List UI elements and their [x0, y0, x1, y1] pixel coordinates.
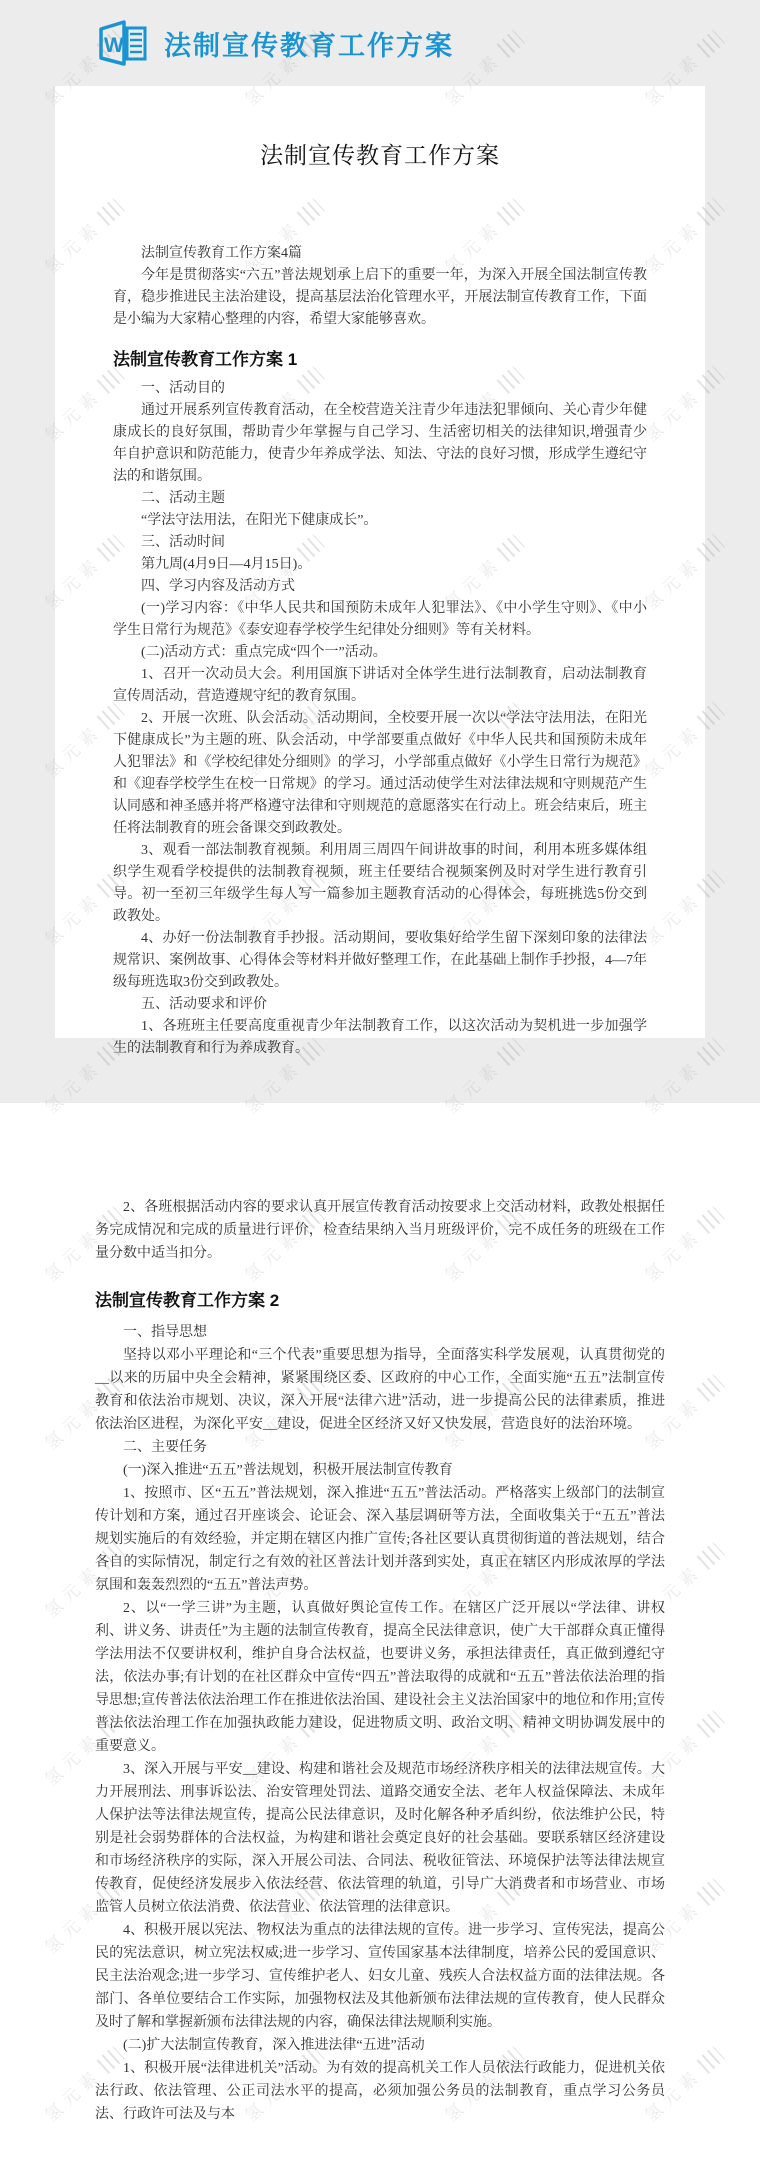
- svg-text:W: W: [104, 34, 124, 57]
- body-paragraph: 一、活动目的: [113, 378, 647, 400]
- body-paragraph: 3、观看一部法制教育视频。利用周三周四午间讲故事的时间，利用本班多媒体组织学生观…: [113, 840, 647, 928]
- body-paragraph: 4、积极开展以宪法、物权法为重点的法律法规的宣传。进一步学习、宣传宪法，提高公民…: [95, 1919, 665, 2034]
- body-paragraph: 4、办好一份法制教育手抄报。活动期间，要收集好给学生留下深刻印象的法律法规常识、…: [113, 928, 647, 994]
- body-paragraph: 1、召开一次动员大会。利用国旗下讲话对全体学生进行法制教育，启动法制教育宣传周活…: [113, 664, 647, 708]
- document-title: 法制宣传教育工作方案: [113, 140, 647, 171]
- body-paragraph: 2、开展一次班、队会活动。活动期间，全校要开展一次以“学法守法用法，在阳光下健康…: [113, 708, 647, 840]
- body-paragraph: 二、主要任务: [95, 1436, 665, 1459]
- body-paragraph: 第九周(4月9日—4月15日)。: [113, 554, 647, 576]
- body-paragraph: (一)学习内容：《中华人民共和国预防未成年人犯罪法》、《中小学生守则》、《中小学…: [113, 598, 647, 642]
- document-page-1: 法制宣传教育工作方案 法制宣传教育工作方案4篇 今年是贯彻落实“六五”普法规划承…: [55, 86, 705, 1038]
- watermark-hatch-icon: [696, 1037, 724, 1065]
- word-doc-icon[interactable]: W: [96, 19, 150, 67]
- body-paragraph: 五、活动要求和评价: [113, 994, 647, 1016]
- site-header: W 法制宣传教育工作方案: [0, 0, 760, 86]
- document-page-2: 2、各班根据活动内容的要求认真开展宣传教育活动按要求上交活动材料，政教处根据任务…: [0, 1103, 760, 2178]
- site-title[interactable]: 法制宣传教育工作方案: [164, 24, 454, 63]
- body-paragraph: 坚持以邓小平理论和“三个代表”重要思想为指导，全面落实科学发展观，认真贯彻党的_…: [95, 1344, 665, 1436]
- body-paragraph: “学法守法用法，在阳光下健康成长”。: [113, 510, 647, 532]
- intro-paragraph: 今年是贯彻落实“六五”普法规划承上启下的重要一年，为深入开展全国法制宣传教育，稳…: [113, 265, 647, 331]
- body-paragraph: 1、各班班主任要高度重视青少年法制教育工作，以这次活动为契机进一步加强学生的法制…: [113, 1016, 647, 1060]
- body-paragraph: 三、活动时间: [113, 532, 647, 554]
- body-paragraph: 一、指导思想: [95, 1321, 665, 1344]
- body-paragraph: 二、活动主题: [113, 488, 647, 510]
- body-paragraph: (一)深入推进“五五”普法规划，积极开展法制宣传教育: [95, 1459, 665, 1482]
- body-paragraph: (二)扩大法制宣传教育，深入推进法律“五进”活动: [95, 2034, 665, 2057]
- body-paragraph: 1、积极开展“法律进机关”活动。为有效的提高机关工作人员依法行政能力，促进机关依…: [95, 2057, 665, 2126]
- section-1-heading: 法制宣传教育工作方案 1: [113, 348, 647, 372]
- section-2-heading: 法制宣传教育工作方案 2: [95, 1289, 665, 1313]
- section-1-body: 一、活动目的 通过开展系列宣传教育活动，在全校营造关注青少年违法犯罪倾向、关心青…: [113, 378, 647, 1060]
- body-paragraph: 2、以“一学三讲”为主题，认真做好舆论宣传工作。在辖区广泛开展以“学法律、讲权利…: [95, 1597, 665, 1758]
- body-paragraph: 1、按照市、区“五五”普法规划，深入推进“五五”普法活动。严格落实上级部门的法制…: [95, 1482, 665, 1597]
- continuation-paragraph: 2、各班根据活动内容的要求认真开展宣传教育活动按要求上交活动材料，政教处根据任务…: [95, 1196, 665, 1265]
- document-subtitle: 法制宣传教育工作方案4篇: [113, 243, 647, 265]
- section-2-body: 一、指导思想 坚持以邓小平理论和“三个代表”重要思想为指导，全面落实科学发展观，…: [95, 1321, 665, 2126]
- body-paragraph: 四、学习内容及活动方式: [113, 576, 647, 598]
- body-paragraph: (二)活动方式：重点完成“四个一”活动。: [113, 642, 647, 664]
- body-paragraph: 通过开展系列宣传教育活动，在全校营造关注青少年违法犯罪倾向、关心青少年健康成长的…: [113, 400, 647, 488]
- body-paragraph: 3、深入开展与平安__建设、构建和谐社会及规范市场经济秩序相关的法律法规宣传。大…: [95, 1758, 665, 1919]
